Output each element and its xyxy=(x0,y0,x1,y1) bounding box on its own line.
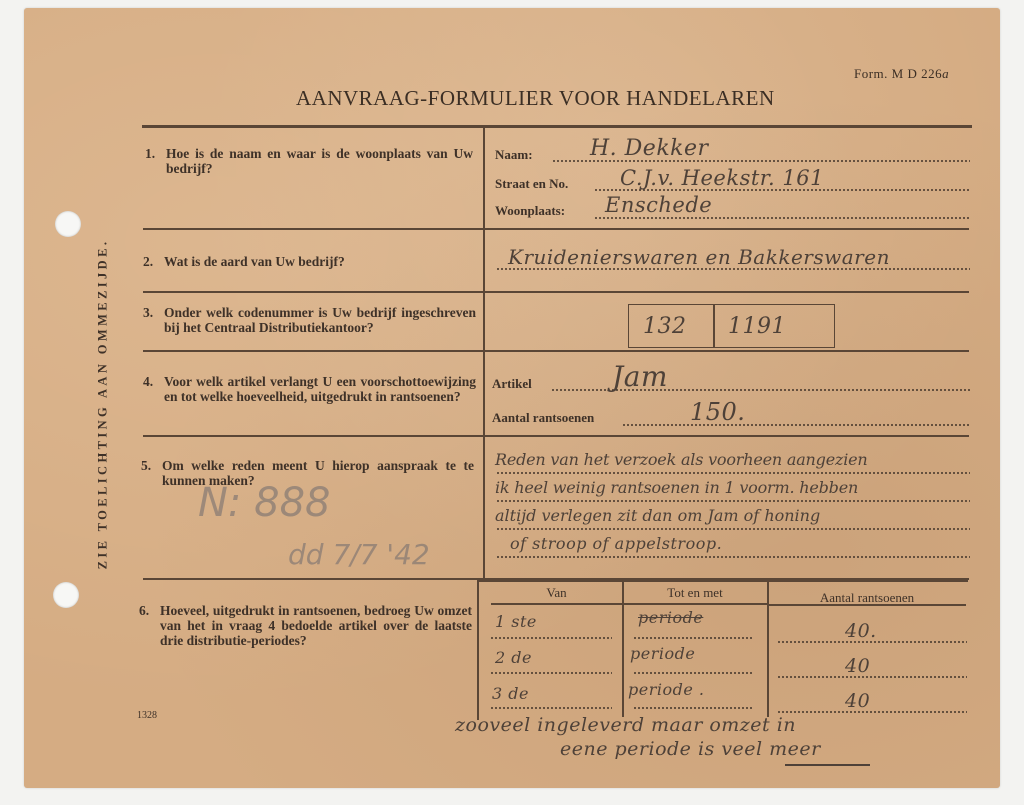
q6-row2-van-line xyxy=(490,672,612,674)
q6-header-aantal: Aantal rantsoenen xyxy=(768,590,966,606)
aantal-field-line xyxy=(622,424,970,426)
q6-col-divider-1 xyxy=(622,581,624,717)
question-3: 3. Onder welk codenummer is Uw bedrijf i… xyxy=(143,305,476,335)
naam-field[interactable]: H. Dekker xyxy=(590,136,709,161)
reden-line-1 xyxy=(496,472,970,474)
q6-table-top xyxy=(478,580,968,582)
form-number-suffix: a xyxy=(942,66,949,81)
pencil-note-number: N: 888 xyxy=(198,480,330,526)
q6-row2-aantal-line xyxy=(777,676,967,678)
reden-line-4 xyxy=(496,556,970,558)
straat-label: Straat en No. xyxy=(495,176,568,192)
q6-row1-van[interactable]: 1 ste xyxy=(495,612,537,631)
q6-header-underline-van xyxy=(491,603,622,605)
question-2: 2. Wat is de aard van Uw bedrijf? xyxy=(143,254,473,269)
reden-line-2 xyxy=(496,500,970,502)
row-separator-2 xyxy=(143,291,969,293)
q6-header-tot-en-met: Tot en met xyxy=(623,585,767,601)
q6-row2-aantal[interactable]: 40 xyxy=(845,655,870,677)
q6-row1-van-line xyxy=(490,637,612,639)
question-6: 6. Hoeveel, uitgedrukt in rantsoenen, be… xyxy=(139,603,472,648)
q6-row2-van[interactable]: 2 de xyxy=(495,648,532,667)
reden-line-3 xyxy=(496,528,970,530)
question-1: 1. Hoe is de naam en waar is de woonplaa… xyxy=(145,146,473,176)
pencil-note-date: dd 7/7 '42 xyxy=(288,538,430,571)
straat-field[interactable]: C.J.v. Heekstr. 161 xyxy=(620,166,824,190)
woonplaats-field-line xyxy=(594,217,970,219)
q6-row1-tot-line xyxy=(633,637,753,639)
aantal-field[interactable]: 150. xyxy=(690,398,745,426)
row-separator-1 xyxy=(143,228,969,230)
form-number-text: Form. M D 226 xyxy=(854,66,942,81)
code-box-divider xyxy=(713,305,715,347)
q6-row3-tot[interactable]: periode . xyxy=(628,680,705,699)
aard-field[interactable]: Kruidenierswaren en Bakkerswaren xyxy=(508,245,890,269)
q6-row3-tot-line xyxy=(633,707,753,709)
question-4: 4. Voor welk artikel verlangt U een voor… xyxy=(143,374,476,404)
punch-hole-bottom xyxy=(53,582,79,608)
woonplaats-label: Woonplaats: xyxy=(495,203,565,219)
form-number: Form. M D 226a xyxy=(854,66,949,82)
q6-row1-tot[interactable]: periode xyxy=(638,608,703,627)
question-number: 6. xyxy=(139,603,149,618)
code-part-2[interactable]: 1191 xyxy=(728,314,786,339)
row-separator-4 xyxy=(143,435,969,437)
q6-row3-aantal[interactable]: 40 xyxy=(845,690,870,712)
question-number: 2. xyxy=(143,254,153,269)
aantal-rantsoenen-label: Aantal rantsoenen xyxy=(492,410,594,426)
reden-text-1[interactable]: Reden van het verzoek als voorheen aange… xyxy=(495,450,868,469)
q6-row2-tot-line xyxy=(633,672,753,674)
q6-header-underline-tot xyxy=(623,603,767,605)
question-text: Hoeveel, uitgedrukt in rantsoenen, bedro… xyxy=(160,603,472,648)
question-text: Onder welk codenummer is Uw bedrijf inge… xyxy=(164,305,476,335)
punch-hole-top xyxy=(55,211,81,237)
question-number: 4. xyxy=(143,374,153,389)
column-divider-q6 xyxy=(477,580,479,720)
q6-note-underline xyxy=(785,764,870,766)
q6-row3-aantal-line xyxy=(777,711,967,713)
column-divider xyxy=(483,128,485,578)
q6-row3-van[interactable]: 3 de xyxy=(492,684,529,703)
question-text: Voor welk artikel verlangt U een voorsch… xyxy=(164,374,476,404)
side-note: ZIE TOELICHTING AAN OMMEZIJDE. xyxy=(96,239,111,570)
print-code: 1328 xyxy=(137,710,157,721)
q6-note-line-1: zooveel ingeleverd maar omzet in xyxy=(455,714,796,736)
row-separator-3 xyxy=(143,350,969,352)
question-number: 3. xyxy=(143,305,153,320)
q6-row2-tot[interactable]: periode xyxy=(630,644,695,663)
artikel-field[interactable]: Jam xyxy=(612,360,668,393)
artikel-label: Artikel xyxy=(492,376,532,392)
q6-header-van: Van xyxy=(491,585,622,601)
reden-text-2[interactable]: ik heel weinig rantsoenen in 1 voorm. he… xyxy=(495,478,858,497)
question-number: 1. xyxy=(145,146,155,161)
code-part-1[interactable]: 132 xyxy=(643,314,687,339)
header-rule xyxy=(142,125,972,128)
woonplaats-field[interactable]: Enschede xyxy=(605,193,712,217)
question-number: 5. xyxy=(141,458,151,473)
reden-text-4[interactable]: of stroop of appelstroop. xyxy=(510,534,722,553)
q6-row1-aantal[interactable]: 40. xyxy=(845,620,877,642)
q6-note-line-2: eene periode is veel meer xyxy=(560,738,821,760)
reden-text-3[interactable]: altijd verlegen zit dan om Jam of honing xyxy=(495,506,820,525)
naam-label: Naam: xyxy=(495,147,533,163)
q6-row3-van-line xyxy=(490,707,612,709)
question-text: Wat is de aard van Uw bedrijf? xyxy=(164,254,473,269)
question-text: Hoe is de naam en waar is de woonplaats … xyxy=(166,146,473,176)
page-title: AANVRAAG-FORMULIER VOOR HANDELAREN xyxy=(296,86,775,111)
